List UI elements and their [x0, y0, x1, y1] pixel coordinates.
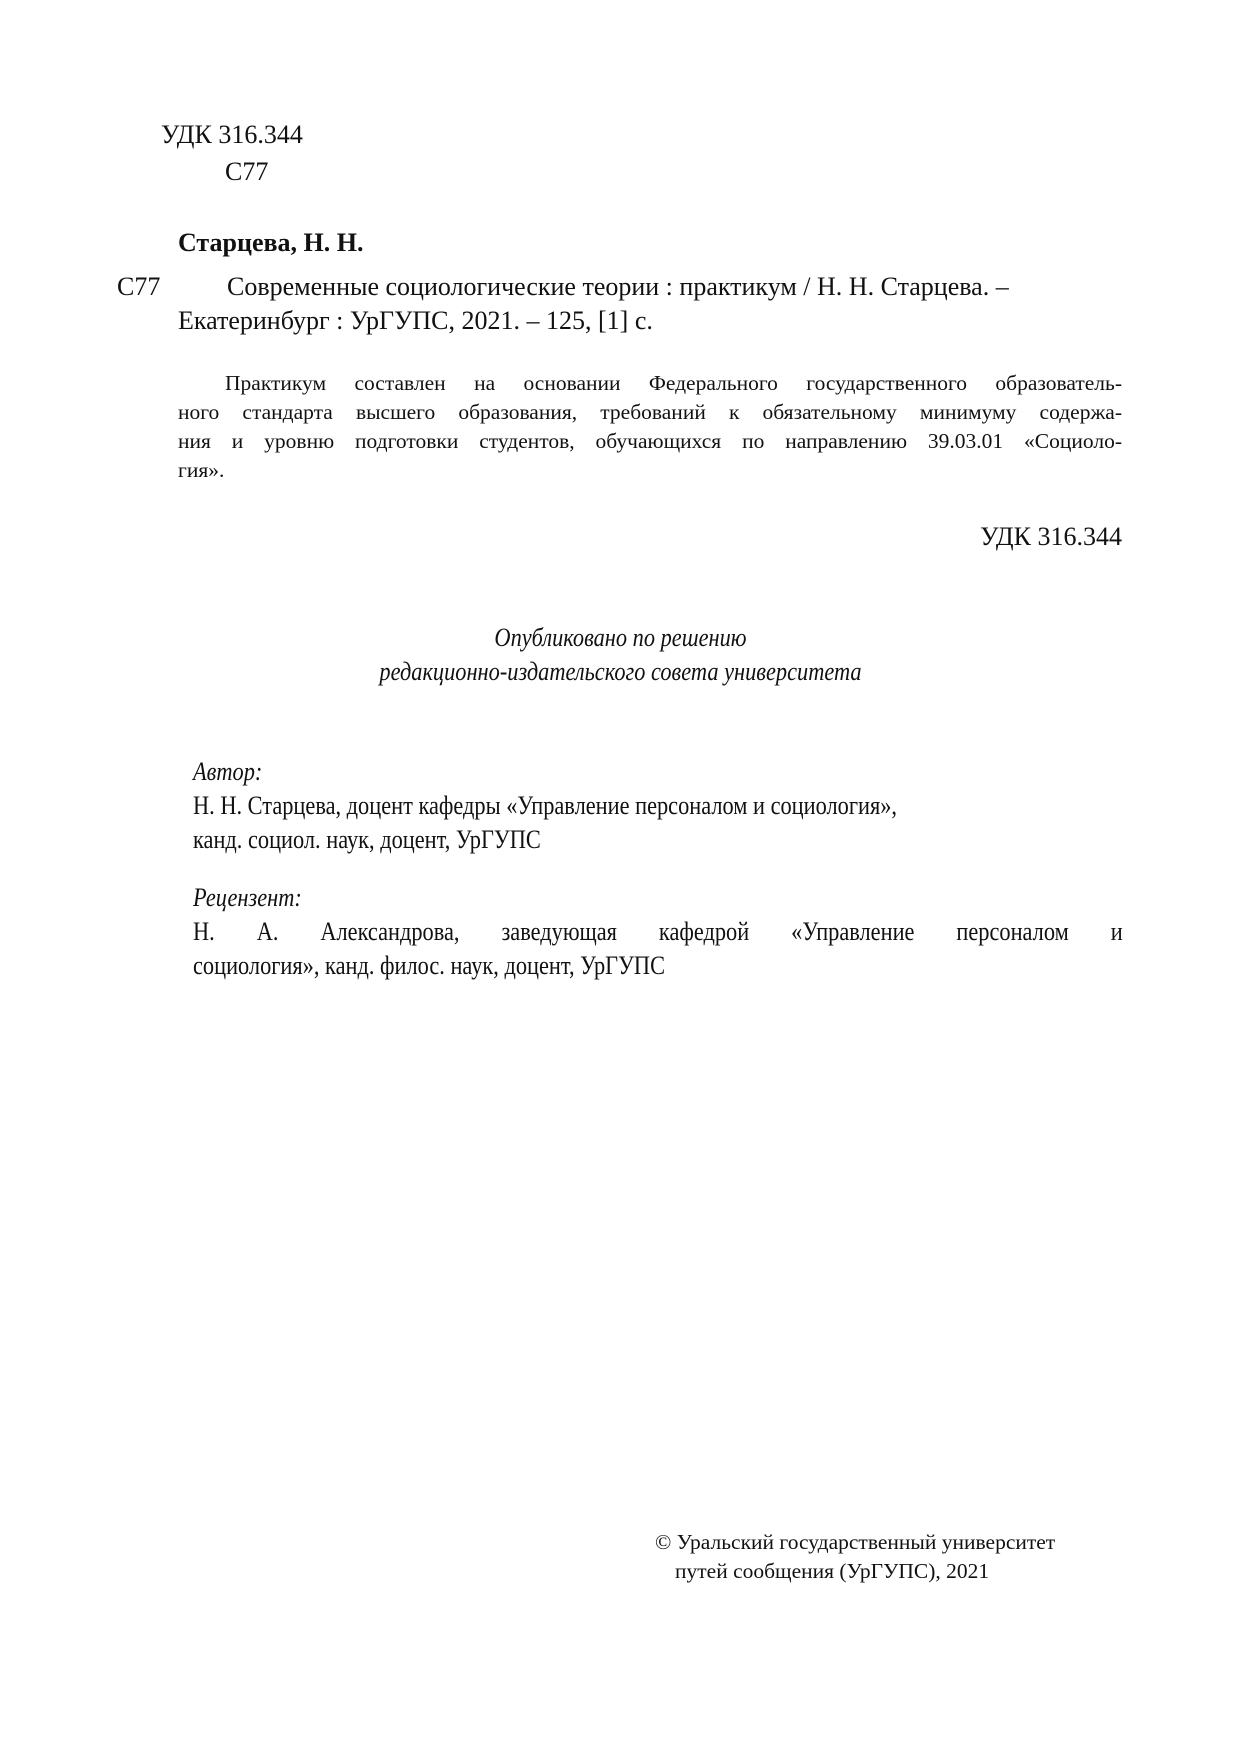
publication-note-line-2: редакционно-издательского совета универс…: [87, 655, 1154, 689]
udk-code: УДК 316.344: [161, 118, 303, 152]
author-label: Автор:: [193, 755, 993, 789]
author-heading: Старцева, Н. Н.: [178, 226, 364, 260]
author-credit-line-1: Н. Н. Старцева, доцент кафедры «Управлен…: [193, 789, 993, 823]
udk-code-bottom: УДК 316.344: [980, 520, 1122, 554]
publication-note: Опубликовано по решению редакционно-изда…: [0, 621, 1241, 689]
reviewer-credit: Рецензент: Н. А. Александрова, заведующа…: [193, 881, 993, 983]
annotation-line: гия».: [178, 456, 1122, 485]
reviewer-credit-line-2: социология», канд. филос. наук, доцент, …: [193, 949, 993, 983]
author-credit-line-2: канд. социол. наук, доцент, УрГУПС: [193, 823, 993, 857]
bibliographic-description-line-1: Современные социологические теории : пра…: [227, 270, 1009, 304]
publication-note-line-1: Опубликовано по решению: [87, 621, 1154, 655]
reviewer-credit-line-1: Н. А. Александрова, заведующая кафедрой …: [193, 915, 1123, 949]
bibliographic-description-line-2: Екатеринбург : УрГУПС, 2021. – 125, [1] …: [178, 304, 653, 338]
copyright-line-1: © Уральский государственный университет: [655, 1528, 1055, 1557]
copyright-notice: © Уральский государственный университет …: [655, 1528, 1055, 1586]
credits: Автор: Н. Н. Старцева, доцент кафедры «У…: [193, 755, 1123, 1007]
author-cipher: С77: [225, 155, 268, 189]
copyright-line-2: путей сообщения (УрГУПС), 2021: [655, 1557, 1055, 1586]
annotation: Практикум составлен на основании Федерал…: [178, 369, 1122, 485]
annotation-line: ного стандарта высшего образования, треб…: [178, 398, 1122, 427]
annotation-line: ния и уровню подготовки студентов, обуча…: [178, 427, 1122, 456]
annotation-line: Практикум составлен на основании Федерал…: [178, 369, 1122, 398]
reviewer-label: Рецензент:: [193, 881, 993, 915]
author-credit: Автор: Н. Н. Старцева, доцент кафедры «У…: [193, 755, 993, 857]
bibliographic-cipher: С77: [117, 270, 160, 304]
